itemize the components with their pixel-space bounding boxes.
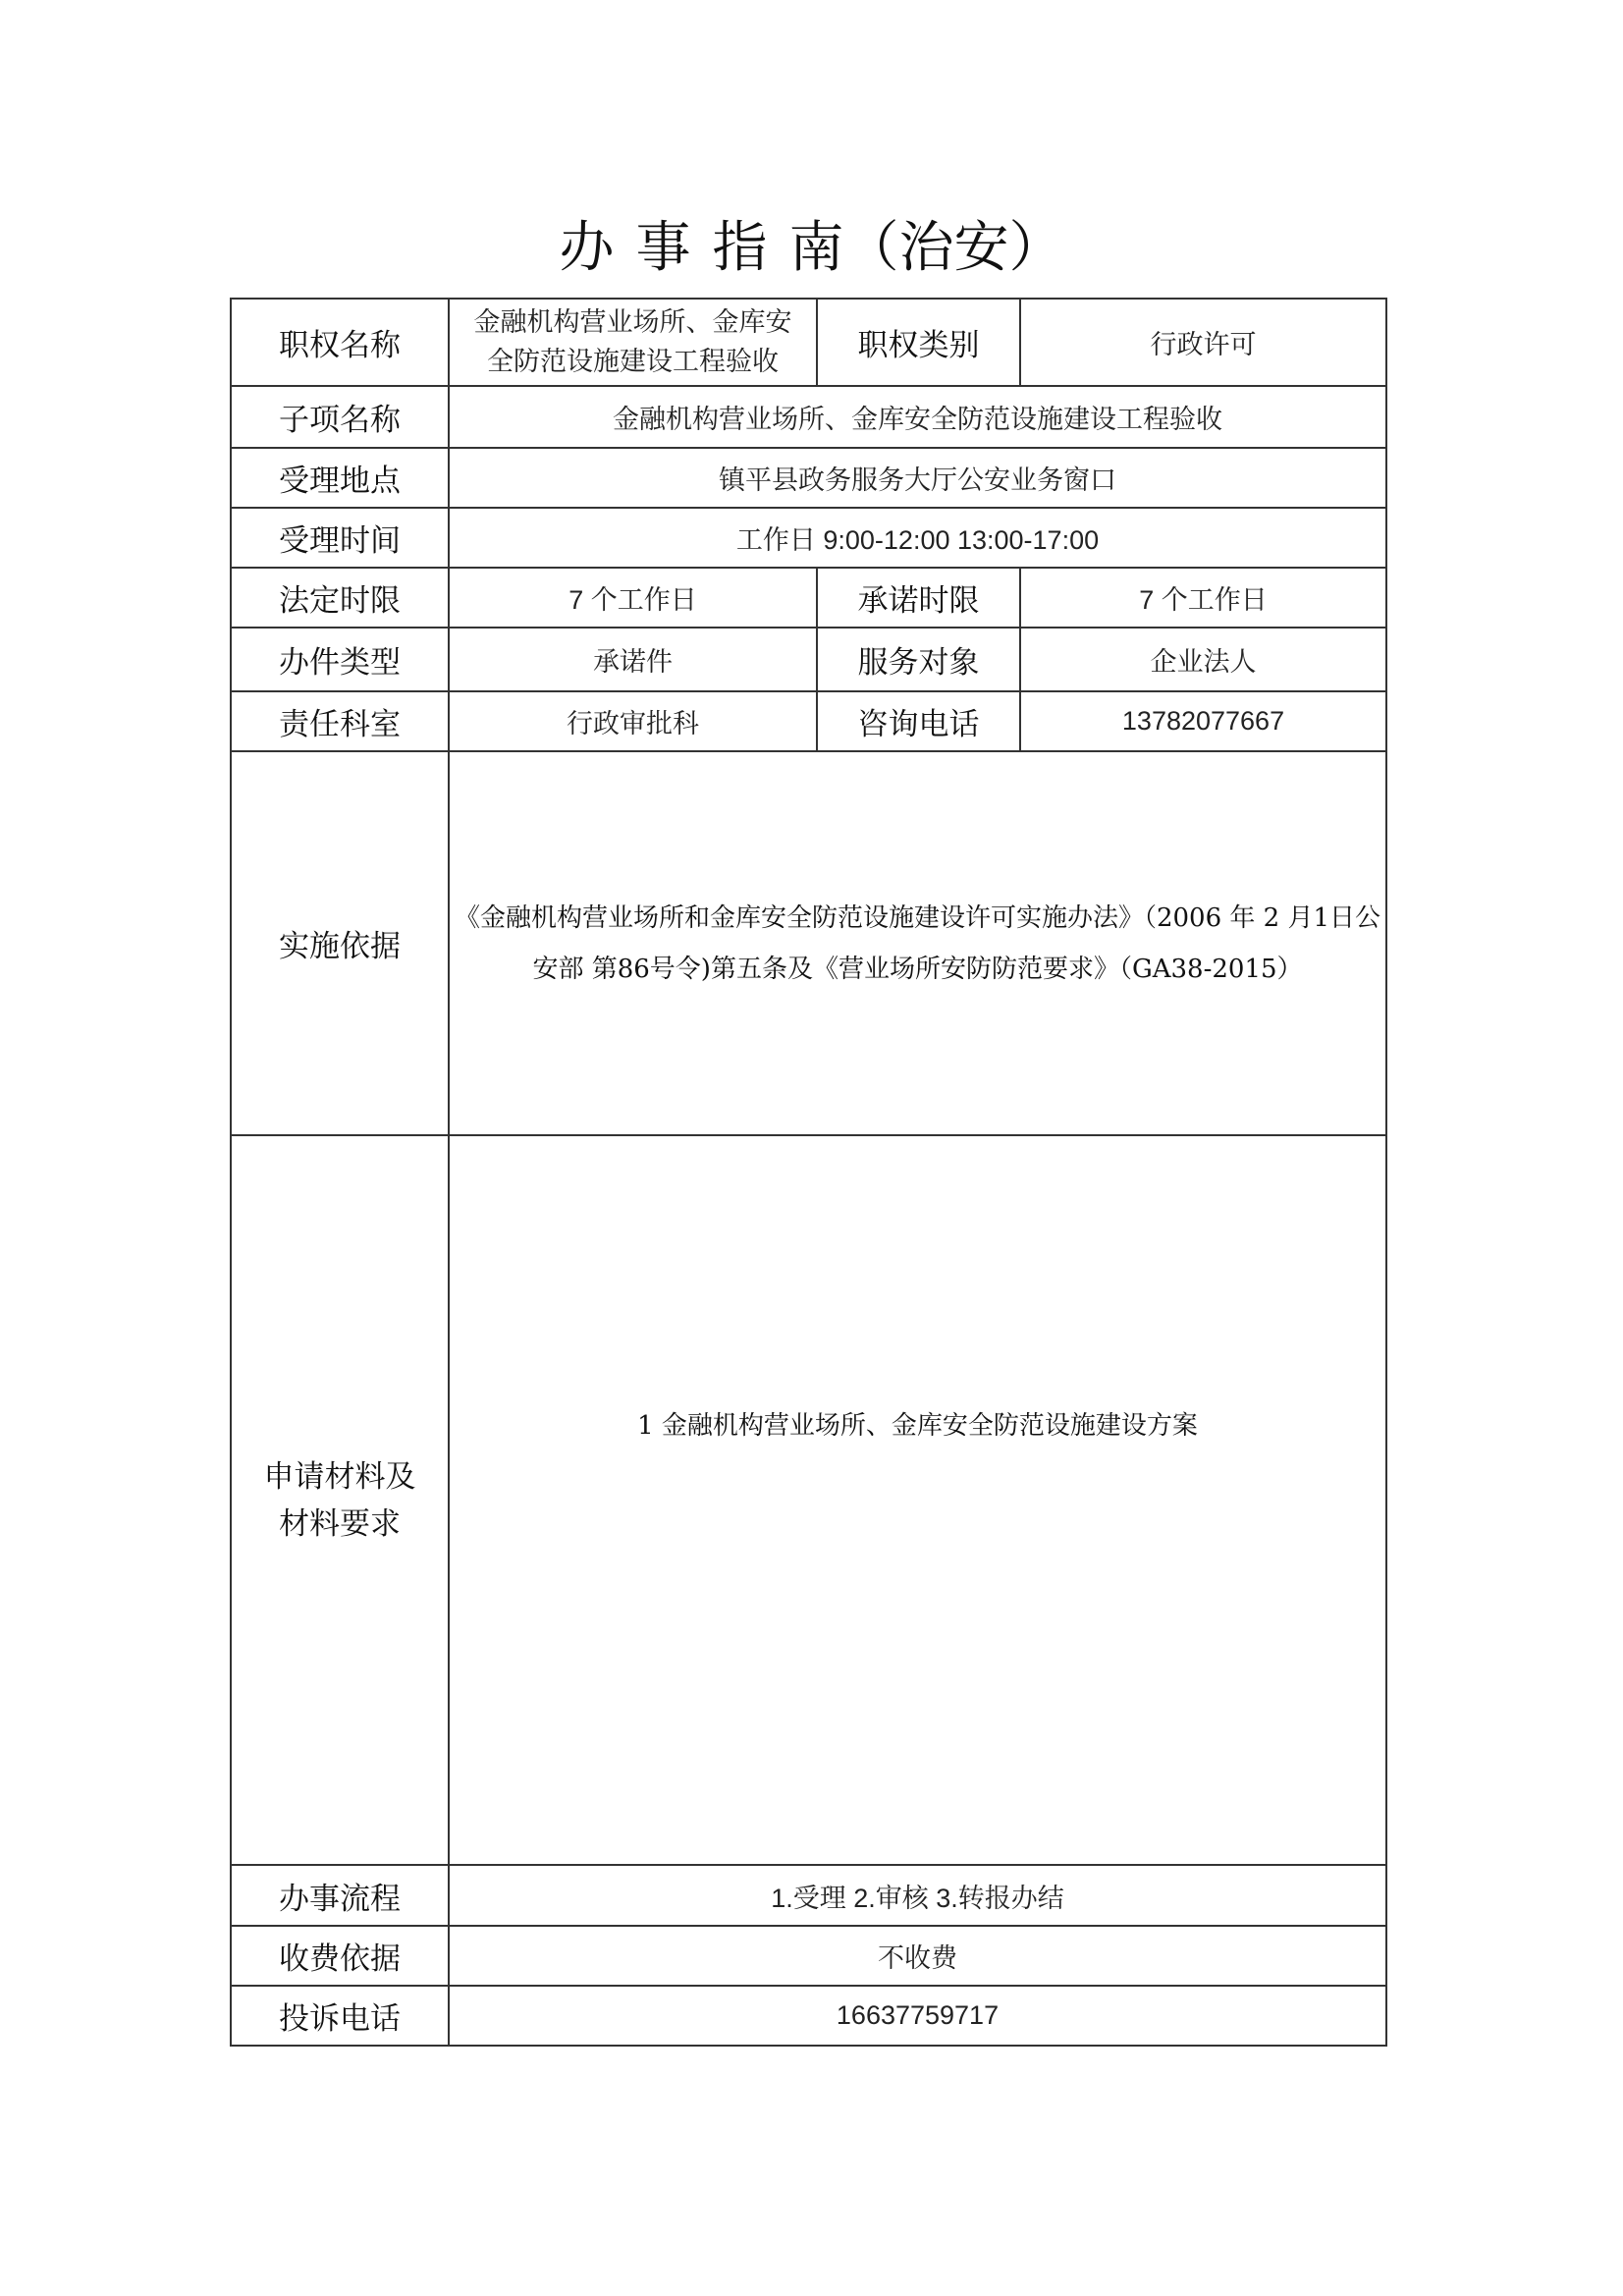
case-type-value: 承诺件	[449, 628, 817, 691]
promised-limit-label: 承诺时限	[817, 568, 1020, 628]
authority-type-label: 职权类别	[817, 299, 1020, 386]
table-row: 法定时限 7 个工作日 承诺时限 7 个工作日	[231, 568, 1386, 628]
sub-item-label: 子项名称	[231, 386, 449, 448]
materials-value: 1 金融机构营业场所、金库安全防范设施建设方案	[449, 1135, 1386, 1865]
consult-phone-label: 咨询电话	[817, 691, 1020, 751]
legal-limit-label: 法定时限	[231, 568, 449, 628]
table-row: 子项名称 金融机构营业场所、金库安全防范设施建设工程验收	[231, 386, 1386, 448]
sub-item-value: 金融机构营业场所、金库安全防范设施建设工程验收	[449, 386, 1386, 448]
hours-label: 受理时间	[231, 508, 449, 568]
department-label: 责任科室	[231, 691, 449, 751]
authority-name-label: 职权名称	[231, 299, 449, 386]
service-target-value: 企业法人	[1020, 628, 1386, 691]
table-row: 办事流程 1.受理 2.审核 3.转报办结	[231, 1865, 1386, 1926]
table-row: 实施依据 《金融机构营业场所和金库安全防范设施建设许可实施办法》（2006 年 …	[231, 751, 1386, 1135]
title-char: 事	[636, 216, 691, 280]
table-row: 受理时间 工作日 9:00-12:00 13:00-17:00	[231, 508, 1386, 568]
case-type-label: 办件类型	[231, 628, 449, 691]
table-row: 职权名称 金融机构营业场所、金库安全防范设施建设工程验收 职权类别 行政许可	[231, 299, 1386, 386]
table-row: 申请材料及 材料要求 1 金融机构营业场所、金库安全防范设施建设方案	[231, 1135, 1386, 1865]
process-value: 1.受理 2.审核 3.转报办结	[449, 1865, 1386, 1926]
title-suffix: （治安）	[844, 216, 1064, 280]
table-row: 责任科室 行政审批科 咨询电话 13782077667	[231, 691, 1386, 751]
materials-label: 申请材料及 材料要求	[231, 1135, 449, 1865]
fee-basis-label: 收费依据	[231, 1926, 449, 1986]
hours-value: 工作日 9:00-12:00 13:00-17:00	[449, 508, 1386, 568]
material-item: 1 金融机构营业场所、金库安全防范设施建设方案	[450, 1405, 1385, 1442]
consult-phone-value: 13782077667	[1020, 691, 1386, 751]
table-row: 受理地点 镇平县政务服务大厅公安业务窗口	[231, 448, 1386, 508]
title-char: 南	[789, 216, 844, 280]
title-char: 指	[713, 216, 768, 280]
fee-basis-value: 不收费	[449, 1926, 1386, 1986]
basis-label: 实施依据	[231, 751, 449, 1135]
complaint-phone-value: 16637759717	[449, 1986, 1386, 2046]
legal-limit-value: 7 个工作日	[449, 568, 817, 628]
basis-value: 《金融机构营业场所和金库安全防范设施建设许可实施办法》（2006 年 2 月1日…	[449, 751, 1386, 1135]
authority-type-value: 行政许可	[1020, 299, 1386, 386]
service-guide-table: 职权名称 金融机构营业场所、金库安全防范设施建设工程验收 职权类别 行政许可 子…	[230, 298, 1387, 2047]
service-target-label: 服务对象	[817, 628, 1020, 691]
location-label: 受理地点	[231, 448, 449, 508]
table-row: 办件类型 承诺件 服务对象 企业法人	[231, 628, 1386, 691]
location-value: 镇平县政务服务大厅公安业务窗口	[449, 448, 1386, 508]
authority-name-value: 金融机构营业场所、金库安全防范设施建设工程验收	[449, 299, 817, 386]
process-label: 办事流程	[231, 1865, 449, 1926]
table-row: 收费依据 不收费	[231, 1926, 1386, 1986]
page-title: 办事指南（治安）	[0, 204, 1623, 283]
title-char: 办	[560, 216, 615, 280]
materials-label-line1: 申请材料及	[232, 1453, 448, 1501]
promised-limit-value: 7 个工作日	[1020, 568, 1386, 628]
materials-label-line2: 材料要求	[232, 1501, 448, 1548]
department-value: 行政审批科	[449, 691, 817, 751]
complaint-phone-label: 投诉电话	[231, 1986, 449, 2046]
table-row: 投诉电话 16637759717	[231, 1986, 1386, 2046]
